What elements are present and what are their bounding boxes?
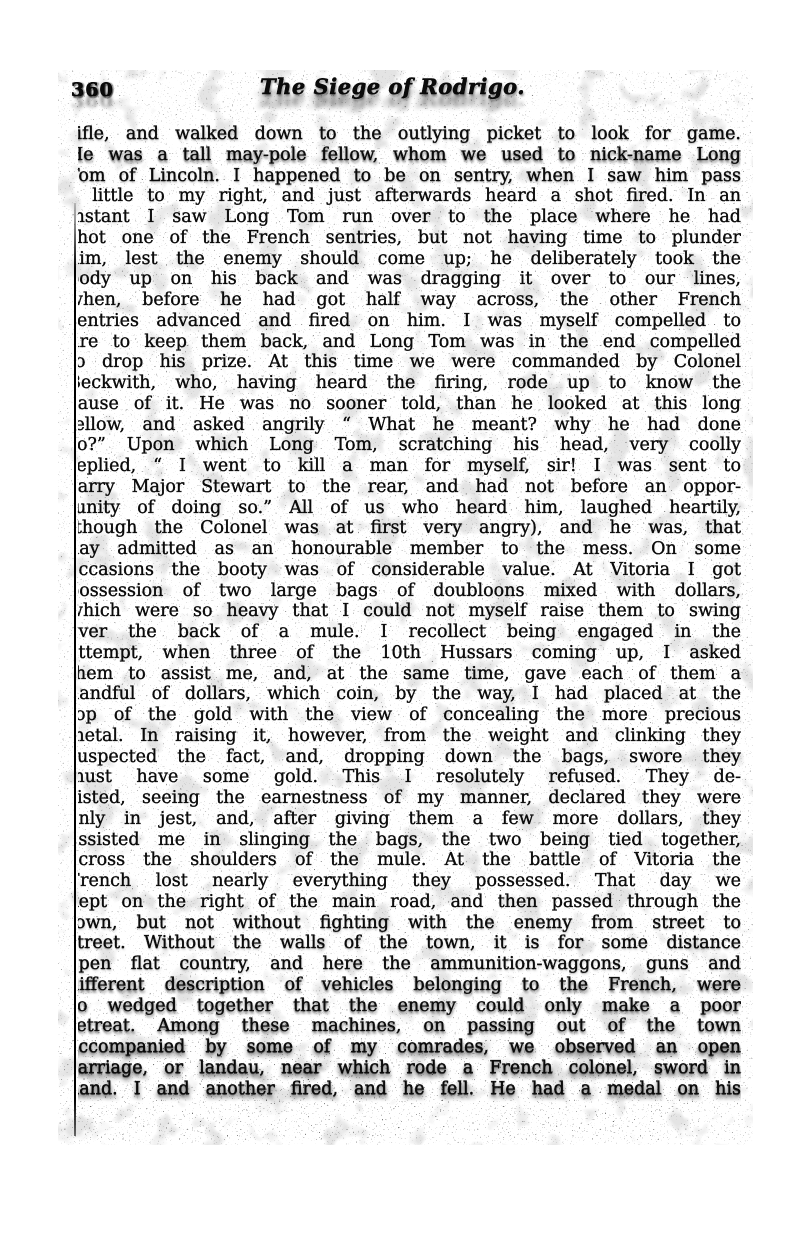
text-line: must have some gold. This I resolutely r…	[78, 767, 741, 788]
text-line: carry Major Stewart to the rear, and had…	[78, 477, 741, 498]
text-line: attempt, when three of the 10th Hussars …	[78, 643, 741, 664]
text-line: street. Without the walls of the town, i…	[78, 933, 741, 954]
text-line: open flat country, and here the ammuniti…	[78, 954, 741, 975]
text-line: sisted, seeing the earnestness of my man…	[78, 788, 741, 809]
text-line: sentries advanced and fired on him. I wa…	[78, 311, 741, 332]
text-line: top of the gold with the view of conceal…	[78, 705, 741, 726]
left-margin-rule	[74, 203, 76, 1136]
text-line: accompanied by some of my comrades, we o…	[78, 1037, 741, 1058]
page-number: 360	[71, 79, 114, 101]
text-line: Tom of Lincoln. I happened to be on sent…	[78, 166, 741, 187]
text-line: retreat. Among these machines, on passin…	[78, 1016, 741, 1037]
text-line: kept on the right of the main road, and …	[78, 892, 741, 913]
text-line: metal. In raising it, however, from the …	[78, 726, 741, 747]
text-line: body up on his back and was dragging it …	[78, 269, 741, 290]
text-line: a little to my right, and just afterward…	[78, 186, 741, 207]
scanned-book-page: 360 The Siege of Rodrigo. rifle, and wal…	[0, 0, 799, 1258]
text-line: rifle, and walked down to the outlying p…	[78, 124, 741, 145]
text-line: cause of it. He was no sooner told, than…	[78, 394, 741, 415]
text-line: which were so heavy that I could not mys…	[78, 601, 741, 622]
text-line: Beckwith, who, having heard the firing, …	[78, 373, 741, 394]
text-line: possession of two large bags of doubloon…	[78, 581, 741, 602]
text-line: He was a tall may-pole fellow, whom we u…	[78, 145, 741, 166]
text-line: so?” Upon which Long Tom, scratching his…	[78, 435, 741, 456]
text-line: tunity of doing so.” All of us who heard…	[78, 498, 741, 519]
text-line: carriage, or landau, near which rode a F…	[78, 1058, 741, 1079]
text-line: different description of vehicles belong…	[78, 975, 741, 996]
text-line: handful of dollars, which coin, by the w…	[78, 684, 741, 705]
text-line: replied, “ I went to kill a man for myse…	[78, 456, 741, 477]
text-line: hand. I and another fired, and he fell. …	[78, 1079, 741, 1100]
text-line: across the shoulders of the mule. At the…	[78, 850, 741, 871]
text-line: them to assist me, and, at the same time…	[78, 664, 741, 685]
text-line: French lost nearly everything they posse…	[78, 871, 741, 892]
text-line: day admitted as an honourable member to …	[78, 539, 741, 560]
text-line: town, but not without fighting with the …	[78, 913, 741, 934]
text-line: fire to keep them back, and Long Tom was…	[78, 332, 741, 353]
text-line: when, before he had got half way across,…	[78, 290, 741, 311]
text-line: so wedged together that the enemy could …	[78, 996, 741, 1017]
text-line: (though the Colonel was at first very an…	[78, 518, 741, 539]
text-line: only in jest, and, after giving them a f…	[78, 809, 741, 830]
running-title: The Siege of Rodrigo.	[260, 74, 525, 99]
text-line: suspected the fact, and, dropping down t…	[78, 747, 741, 768]
text-line: instant I saw Long Tom run over to the p…	[78, 207, 741, 228]
text-line: him, lest the enemy should come up; he d…	[78, 249, 741, 270]
text-line: assisted me in slinging the bags, the tw…	[78, 830, 741, 851]
text-line: shot one of the French sentries, but not…	[78, 228, 741, 249]
text-line: over the back of a mule. I recollect bei…	[78, 622, 741, 643]
text-line: fellow, and asked angrily “ What he mean…	[78, 415, 741, 436]
text-line: occasions the booty was of considerable …	[78, 560, 741, 581]
text-line: to drop his prize. At this time we were …	[78, 352, 741, 373]
body-text: rifle, and walked down to the outlying p…	[78, 124, 741, 1104]
